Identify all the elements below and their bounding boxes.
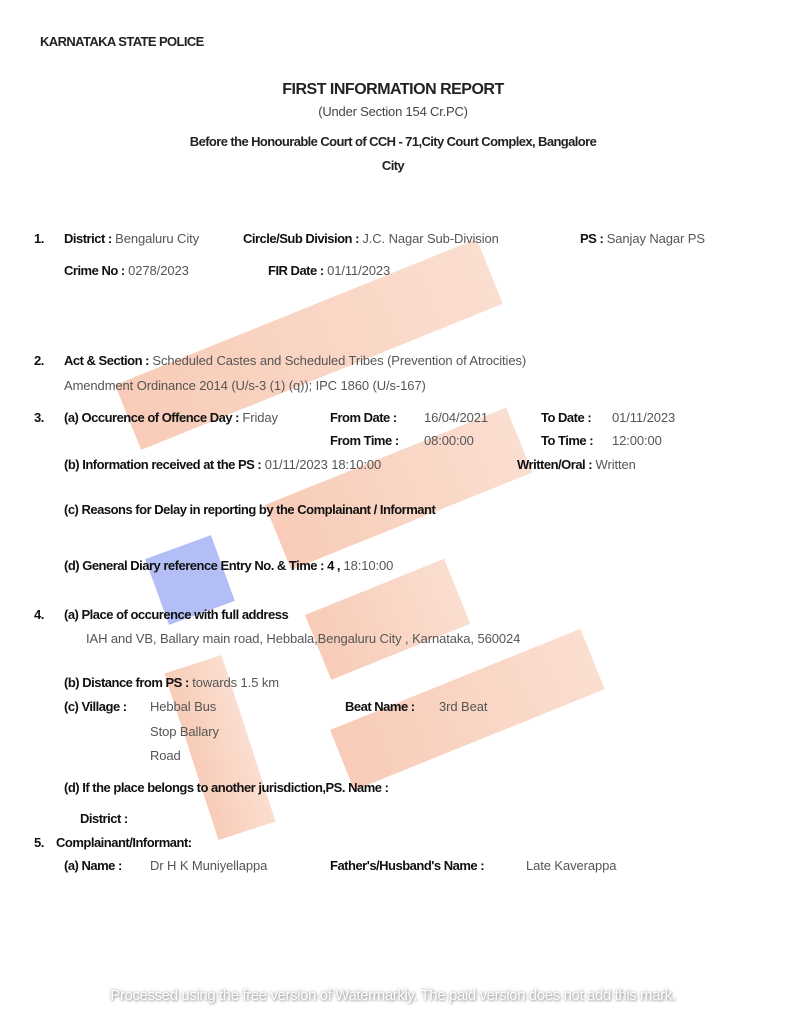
written-oral-value: Written [596,457,636,472]
ps-field: PS : Sanjay Nagar PS [580,231,705,246]
district-label: District : [64,231,112,246]
info-received-field: (b) Information received at the PS : 01/… [64,457,381,472]
delay-reason-label: (c) Reasons for Delay in reporting by th… [64,502,435,517]
jurisdiction-label: (d) If the place belongs to another juri… [64,780,388,795]
to-time-value: 12:00:00 [612,433,662,448]
watermark-shape [305,559,470,680]
distance-label: (b) Distance from PS : [64,675,189,690]
circle-value: J.C. Nagar Sub-Division [362,231,498,246]
jurisdiction-district-label: District : [80,811,128,826]
fir-date-value: 01/11/2023 [327,263,390,278]
father-name-value: Late Kaverappa [526,858,616,873]
village-label: (c) Village : [64,699,127,714]
act-section-line-2: Amendment Ordinance 2014 (U/s-3 (1) (q))… [64,378,426,393]
father-name-label: Father's/Husband's Name : [330,858,484,873]
act-section-field: Act & Section : Scheduled Castes and Sch… [64,353,526,368]
watermark-notice: Processed using the free version of Wate… [0,987,786,1004]
place-address: IAH and VB, Ballary main road, Hebbala,B… [86,631,520,646]
name-value: Dr H K Muniyellappa [150,858,267,873]
circle-field: Circle/Sub Division : J.C. Nagar Sub-Div… [243,231,499,246]
ps-value: Sanjay Nagar PS [607,231,705,246]
crime-no-label: Crime No : [64,263,125,278]
from-time-value: 08:00:00 [424,433,474,448]
distance-value: towards 1.5 km [192,675,279,690]
page-subtitle: (Under Section 154 Cr.PC) [0,104,786,119]
district-field: District : Bengaluru City [64,231,199,246]
section-number-5: 5. [34,835,44,850]
crime-no-value: 0278/2023 [128,263,189,278]
village-line-3: Road [150,748,181,763]
place-label: (a) Place of occurence with full address [64,607,288,622]
general-diary-time: 18:10:00 [343,558,393,573]
fir-date-label: FIR Date : [268,263,324,278]
section-number-3: 3. [34,410,44,425]
district-value: Bengaluru City [115,231,199,246]
to-time-label: To Time : [541,433,593,448]
beat-label: Beat Name : [345,699,415,714]
section-number-2: 2. [34,353,44,368]
agency-name: KARNATAKA STATE POLICE [40,34,204,49]
info-received-label: (b) Information received at the PS : [64,457,261,472]
ps-label: PS : [580,231,603,246]
circle-label: Circle/Sub Division : [243,231,359,246]
general-diary-label: (d) General Diary reference Entry No. & … [64,558,340,573]
act-section-line-1: Scheduled Castes and Scheduled Tribes (P… [152,353,526,368]
village-line-1: Hebbal Bus [150,699,216,714]
offence-day-value: Friday [242,410,278,425]
info-received-value: 01/11/2023 18:10:00 [265,457,381,472]
name-label: (a) Name : [64,858,122,873]
village-line-2: Stop Ballary [150,724,219,739]
general-diary-field: (d) General Diary reference Entry No. & … [64,558,393,573]
section-number-1: 1. [34,231,44,246]
watermark-shape [265,408,532,570]
court-line-1: Before the Honourable Court of CCH - 71,… [0,134,786,149]
to-date-value: 01/11/2023 [612,410,675,425]
page-title: FIRST INFORMATION REPORT [0,81,786,99]
section-number-4: 4. [34,607,44,622]
from-date-label: From Date : [330,410,397,425]
written-oral-field: Written/Oral : Written [517,457,636,472]
court-line-2: City [0,158,786,173]
beat-value: 3rd Beat [439,699,487,714]
complainant-label: Complainant/Informant: [56,835,192,850]
act-section-label: Act & Section : [64,353,149,368]
written-oral-label: Written/Oral : [517,457,592,472]
offence-day-label: (a) Occurence of Offence Day : [64,410,239,425]
from-time-label: From Time : [330,433,399,448]
from-date-value: 16/04/2021 [424,410,488,425]
distance-field: (b) Distance from PS : towards 1.5 km [64,675,279,690]
fir-date-field: FIR Date : 01/11/2023 [268,263,390,278]
crime-no-field: Crime No : 0278/2023 [64,263,189,278]
offence-day-field: (a) Occurence of Offence Day : Friday [64,410,278,425]
to-date-label: To Date : [541,410,591,425]
